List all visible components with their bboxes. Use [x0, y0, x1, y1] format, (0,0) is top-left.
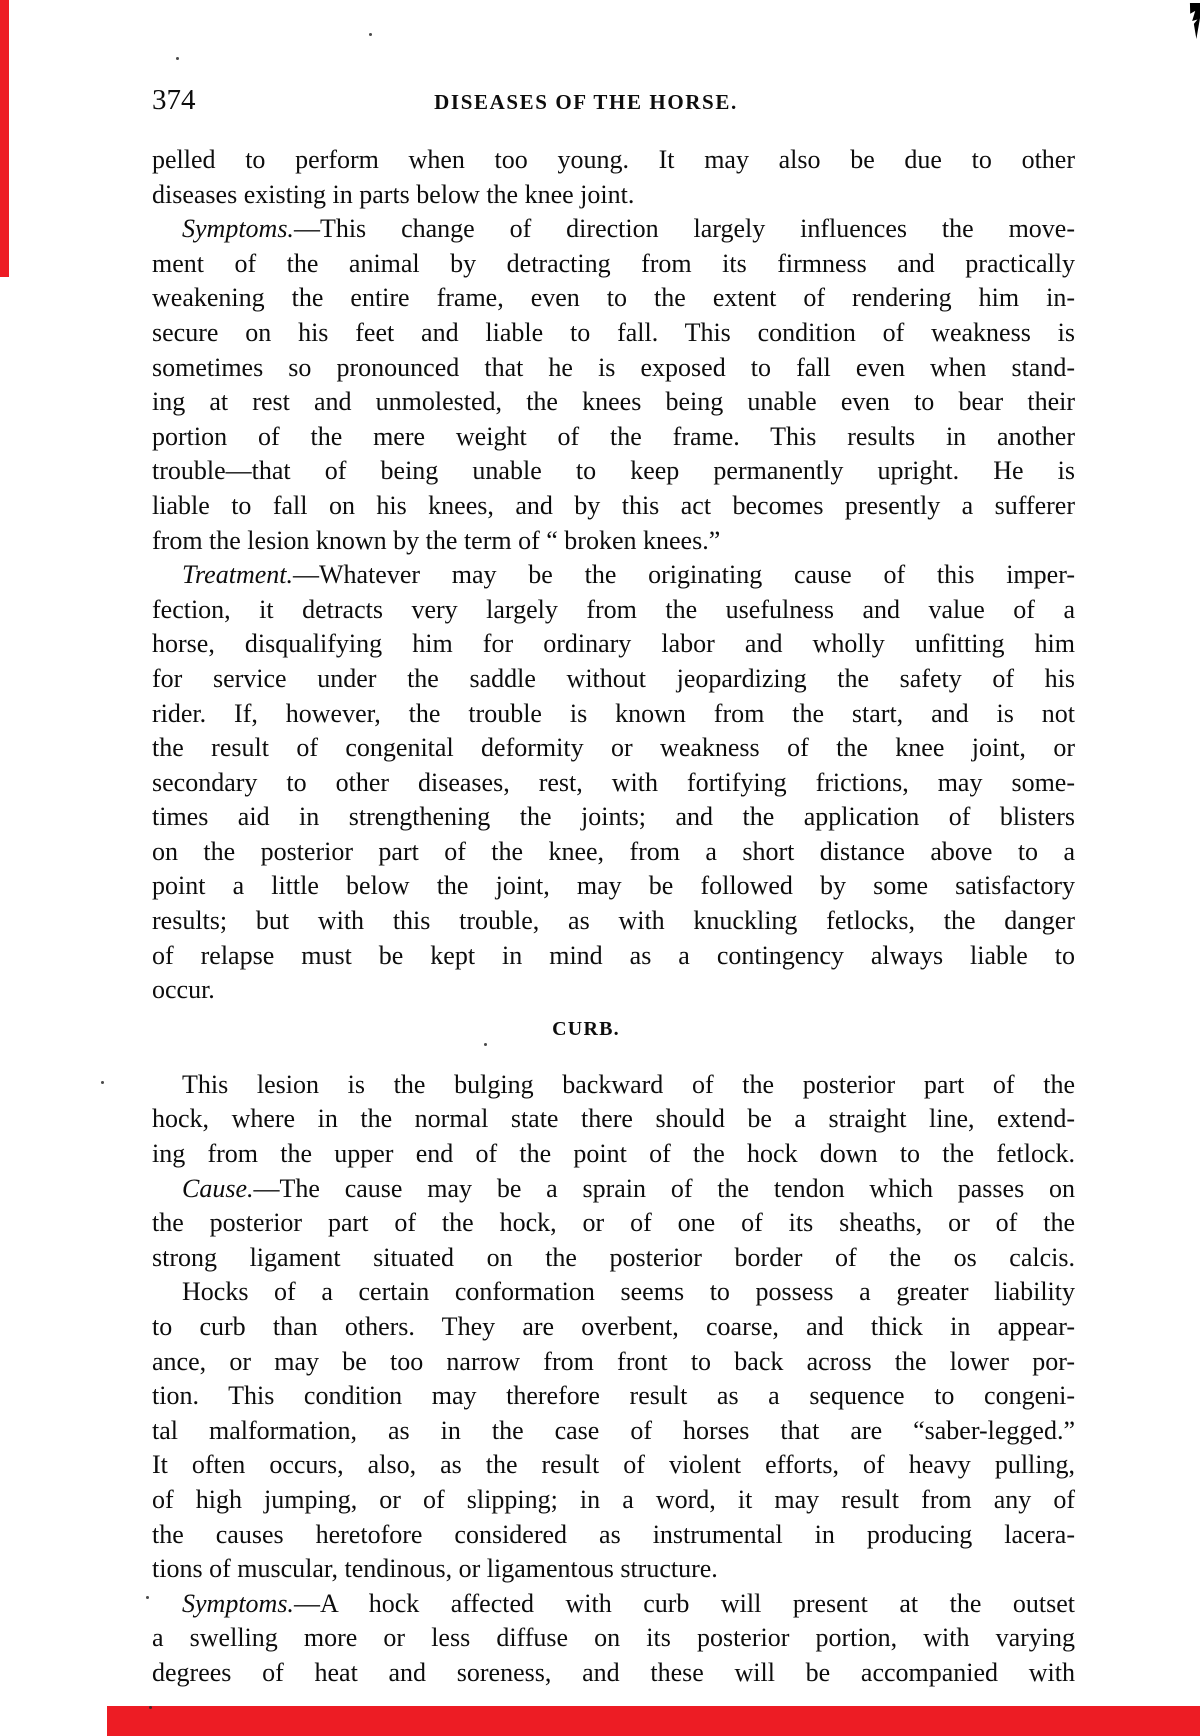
text-line: trouble—that of being unable to keep per…	[152, 454, 1075, 489]
text-line: portion of the mere weight of the frame.…	[152, 420, 1075, 455]
text-line: times aid in strengthening the joints; a…	[152, 800, 1075, 835]
text-line: diseases existing in parts below the kne…	[152, 178, 1075, 213]
text-line: ment of the animal by detracting from it…	[152, 247, 1075, 282]
text-line: This lesion is the bulging backward of t…	[152, 1068, 1075, 1103]
text-line: the posterior part of the hock, or of on…	[152, 1206, 1075, 1241]
text-line: Treatment.—Whatever may be the originati…	[152, 558, 1075, 593]
text-line: tal malformation, as in the case of hors…	[152, 1414, 1075, 1449]
italic-lead-word: Symptoms.	[182, 214, 294, 243]
ink-speck	[369, 33, 372, 36]
text-line: point a little below the joint, may be f…	[152, 869, 1075, 904]
text-line: tion. This condition may therefore resul…	[152, 1379, 1075, 1414]
text-line: from the lesion known by the term of “ b…	[152, 524, 1075, 559]
text-line: Symptoms.—This change of direction large…	[152, 212, 1075, 247]
text-line: rider. If, however, the trouble is known…	[152, 697, 1075, 732]
text-line: of high jumping, or of slipping; in a wo…	[152, 1483, 1075, 1518]
text-line: fection, it detracts very largely from t…	[152, 593, 1075, 628]
text-line: on the posterior part of the knee, from …	[152, 835, 1075, 870]
text-line: sometimes so pronounced that he is expos…	[152, 351, 1075, 386]
text-line: to curb than others. They are overbent, …	[152, 1310, 1075, 1345]
text-line: occur.	[152, 973, 1075, 1008]
text-line: a swelling more or less diffuse on its p…	[152, 1621, 1075, 1656]
ink-speck	[101, 1081, 104, 1084]
text-line: hock, where in the normal state there sh…	[152, 1102, 1075, 1137]
text-line: Symptoms.—A hock affected with curb will…	[152, 1587, 1075, 1622]
text-line: the causes heretofore considered as inst…	[152, 1518, 1075, 1553]
italic-lead-word: Symptoms.	[182, 1589, 294, 1618]
book-page-scan: 374 DISEASES OF THE HORSE. pelled to per…	[0, 0, 1200, 1736]
text-line: pelled to perform when too young. It may…	[152, 143, 1075, 178]
text-line: Cause.—The cause may be a sprain of the …	[152, 1172, 1075, 1207]
italic-lead-word: Cause.	[182, 1174, 254, 1203]
running-title: DISEASES OF THE HORSE.	[152, 90, 1020, 115]
text-line: horse, disqualifying him for ordinary la…	[152, 627, 1075, 662]
red-margin-mark-left	[0, 0, 9, 277]
text-line: ance, or may be too narrow from front to…	[152, 1345, 1075, 1380]
section-heading: CURB.	[152, 1016, 1075, 1042]
ink-speck	[149, 1706, 152, 1709]
text-line: for service under the saddle without jeo…	[152, 662, 1075, 697]
text-line: secure on his feet and liable to fall. T…	[152, 316, 1075, 351]
text-line: ing at rest and unmolested, the knees be…	[152, 385, 1075, 420]
ink-speck	[484, 1043, 487, 1046]
text-line: degrees of heat and soreness, and these …	[152, 1656, 1075, 1691]
ink-speck	[146, 1596, 149, 1599]
text-line: It often occurs, also, as the result of …	[152, 1448, 1075, 1483]
corner-ink-mark	[1186, 3, 1200, 39]
text-line: secondary to other diseases, rest, with …	[152, 766, 1075, 801]
text-line: tions of muscular, tendinous, or ligamen…	[152, 1552, 1075, 1587]
text-line: liable to fall on his knees, and by this…	[152, 489, 1075, 524]
ink-speck	[176, 57, 179, 60]
page-body-text: pelled to perform when too young. It may…	[152, 143, 1075, 1691]
text-line: of relapse must be kept in mind as a con…	[152, 939, 1075, 974]
text-line: weakening the entire frame, even to the …	[152, 281, 1075, 316]
red-margin-mark-bottom	[107, 1706, 1200, 1736]
text-line: Hocks of a certain conformation seems to…	[152, 1275, 1075, 1310]
text-line: ing from the upper end of the point of t…	[152, 1137, 1075, 1172]
running-header: 374 DISEASES OF THE HORSE.	[152, 84, 1075, 118]
text-line: the result of congenital deformity or we…	[152, 731, 1075, 766]
text-line: strong ligament situated on the posterio…	[152, 1241, 1075, 1276]
italic-lead-word: Treatment.	[182, 560, 293, 589]
text-line: results; but with this trouble, as with …	[152, 904, 1075, 939]
